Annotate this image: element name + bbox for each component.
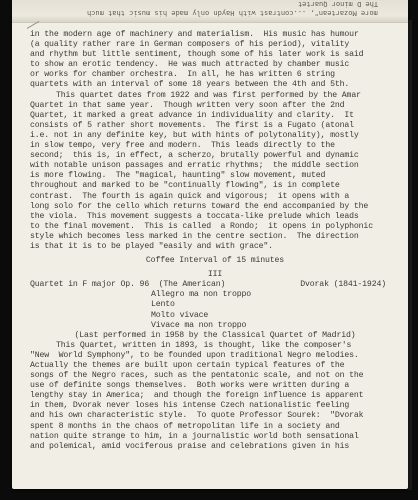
text-line: contrast. The fourth is again quick and …	[30, 192, 400, 202]
text-line: Quartet in that same year. Though writte…	[30, 101, 400, 111]
text-line: is more flowing. The "magical, haunting"…	[30, 171, 400, 181]
paragraph-hindemith-intro: in the modern age of machinery and mater…	[30, 30, 400, 91]
paragraph-dvorak-description: This Quartet, written in 1893, is though…	[30, 341, 400, 452]
last-performed-note: (Last performed in 1958 by the Classical…	[30, 331, 400, 341]
text-line: to the final movement. This is called a …	[30, 222, 400, 232]
movement-item: Molto vivace	[151, 311, 400, 321]
text-line: quartets with an interval of some 18 yea…	[30, 80, 400, 90]
text-line: nation quite strange to him, in a journa…	[30, 432, 400, 442]
text-line: (a quality rather rare in German compose…	[30, 40, 400, 50]
text-line: and his own characteristic style. To quo…	[30, 411, 400, 421]
text-line: the viola. This movement suggests a tocc…	[30, 212, 400, 222]
text-line: style which becomes less marked in the c…	[30, 232, 400, 242]
document-body: in the modern age of machinery and mater…	[30, 30, 400, 452]
text-line: second; this is, in effect, a scherzo, b…	[30, 151, 400, 161]
work-composer: Dvorak (1841-1924)	[300, 280, 386, 290]
text-line: is that it is to be played "easily and w…	[30, 242, 400, 252]
movement-item: Allegro ma non troppo	[151, 290, 400, 300]
text-line: lengthy stay in America; and though the …	[30, 391, 400, 401]
text-line: in them, Dvorak never loses his intense …	[30, 401, 400, 411]
text-line: in slow tempo, very free and modern. Thi…	[30, 141, 400, 151]
text-line: i.e. not in any definite key, but with h…	[30, 131, 400, 141]
text-line: throughout and marked to be "continually…	[30, 181, 400, 191]
text-line: Quartet, it marked a great advance in in…	[30, 111, 400, 121]
text-line: consists of 5 rather short movements. Th…	[30, 121, 400, 131]
interval-heading: Coffee Interval of 15 minutes	[30, 256, 400, 266]
text-line: "New World Symphony", to be founded upon…	[30, 351, 400, 361]
text-line: This Quartet, written in 1893, is though…	[30, 341, 400, 351]
text-line: in the modern age of machinery and mater…	[30, 30, 400, 40]
text-line: and rhythm but little sentiment, though …	[30, 50, 400, 60]
movement-list: Allegro ma non troppo Lento Molto vivace…	[30, 290, 400, 330]
fold-upside-down-line-1: The D minor Quartet	[298, 0, 378, 8]
folded-page-top: The D minor Quartet more Mozartean", ...…	[12, 0, 408, 23]
section-number: III	[30, 270, 400, 280]
movement-item: Vivace ma non troppo	[151, 321, 400, 331]
text-line: to show an erotic tendency. He was much …	[30, 60, 400, 70]
text-line: Actually the themes are built upon certa…	[30, 361, 400, 371]
work-heading: Quartet in F major Op. 96 (The American)…	[30, 280, 400, 290]
scanned-document: The D minor Quartet more Mozartean", ...…	[0, 0, 418, 500]
text-line: with notable unison passages and erratic…	[30, 161, 400, 171]
text-line: or works for chamber orchestra. In all, …	[30, 70, 400, 80]
text-line: and polemical, amid vociferous praise an…	[30, 442, 400, 452]
text-line: use of definite songs themselves. Both w…	[30, 381, 400, 391]
fold-upside-down-line-2: more Mozartean", ...contrast with Haydn …	[87, 9, 378, 17]
text-line: long solo for the cello which returns to…	[30, 202, 400, 212]
paragraph-quartet-description: This quartet dates from 1922 and was fir…	[30, 91, 400, 253]
movement-item: Lento	[151, 300, 400, 310]
text-line: This quartet dates from 1922 and was fir…	[30, 91, 400, 101]
work-title: Quartet in F major Op. 96 (The American)	[30, 280, 225, 290]
page-edge-shadow	[408, 20, 412, 490]
text-line: songs of the Negro races, such as the pe…	[30, 371, 400, 381]
text-line: spent 8 months in the chaos of metropoli…	[30, 422, 400, 432]
